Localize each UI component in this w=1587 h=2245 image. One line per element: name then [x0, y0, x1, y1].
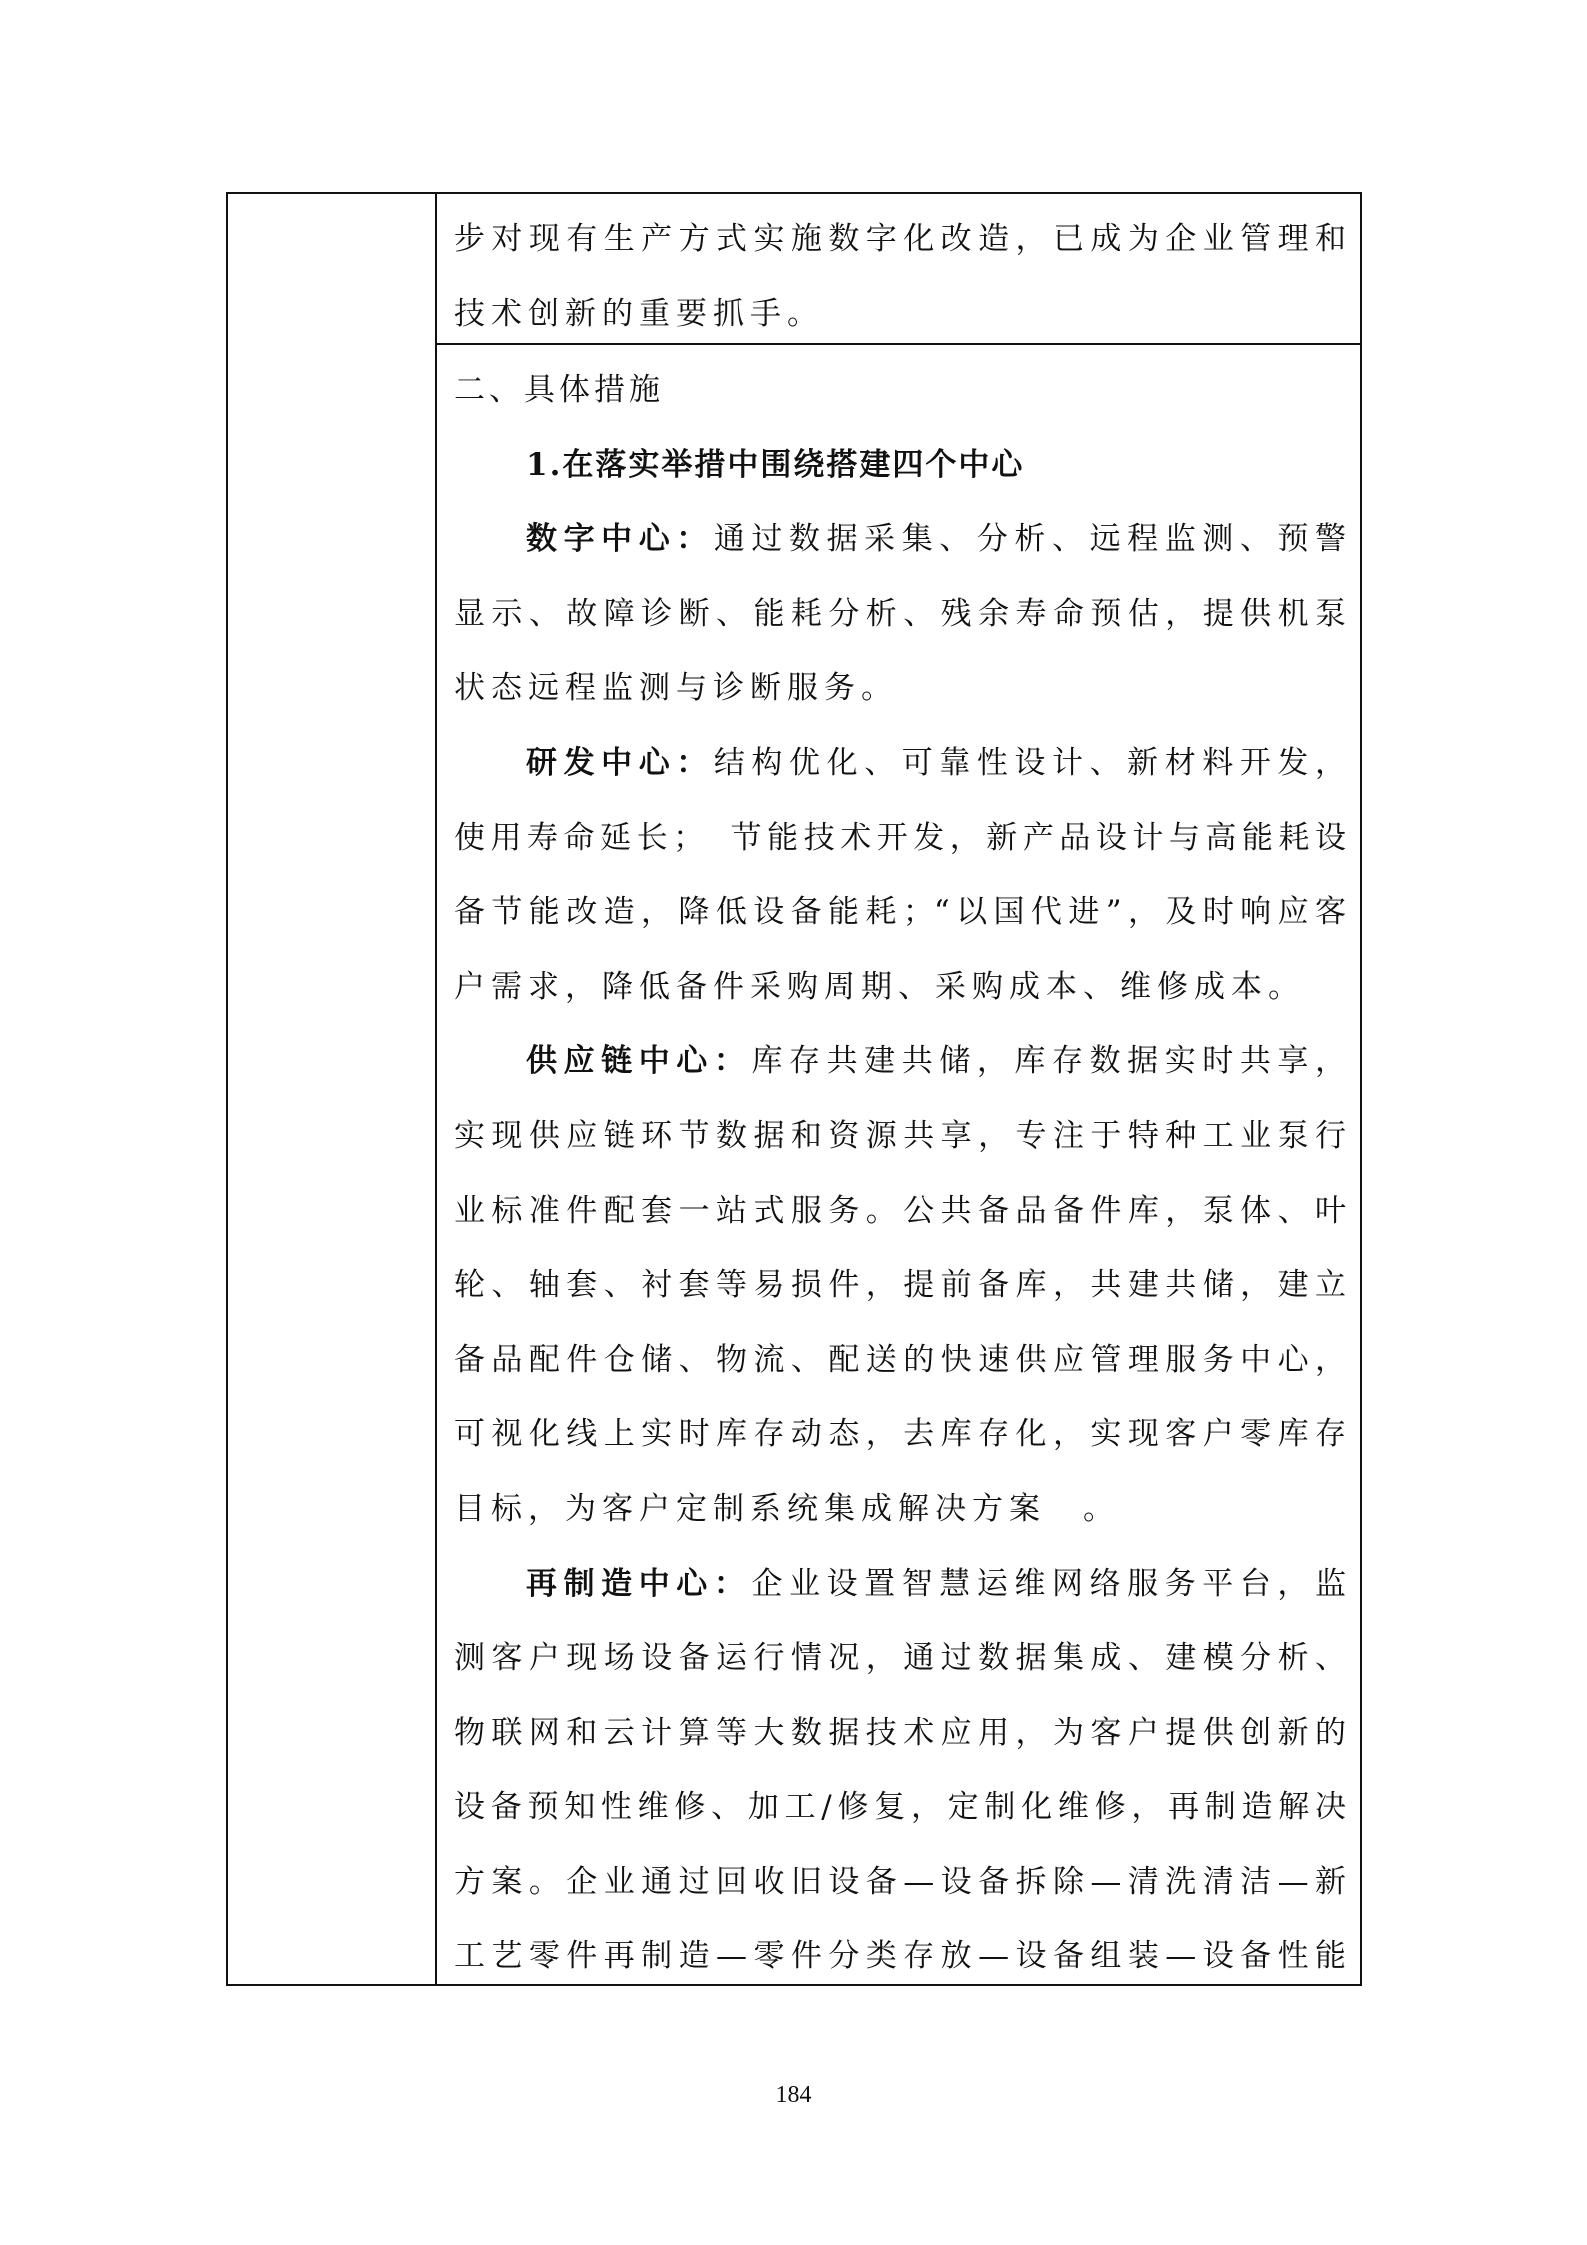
text-span: 企业设置智慧运维网络服务平台，监: [751, 1566, 1346, 1602]
text-line: 备品配件仓储、物流、配送的快速供应管理服务中心，: [454, 1323, 1346, 1398]
text-line: 设备预知性维修、加工/修复，定制化维修，再制造解决: [454, 1770, 1346, 1845]
paragraph-remanufacturing-center-first-line: 再制造中心：企业设置智慧运维网络服务平台，监: [454, 1547, 1346, 1622]
text-line: 技术创新的重要抓手。: [454, 277, 1346, 352]
text-line: 目标，为客户定制系统集成解决方案 。: [454, 1472, 1346, 1547]
label-remanufacturing-center: 再制造中心：: [526, 1566, 751, 1602]
text-line: 步对现有生产方式实施数字化改造，已成为企业管理和: [454, 202, 1346, 277]
table-cell-intro-continuation: 步对现有生产方式实施数字化改造，已成为企业管理和 技术创新的重要抓手。: [437, 194, 1360, 345]
table-cell-specific-measures: 二、具体措施 1.在落实举措中围绕搭建四个中心 数字中心：通过数据采集、分析、远…: [437, 345, 1360, 1984]
paragraph-rnd-center-first-line: 研发中心：结构优化、可靠性设计、新材料开发，: [454, 726, 1346, 801]
content-table: 步对现有生产方式实施数字化改造，已成为企业管理和 技术创新的重要抓手。 二、具体…: [226, 192, 1362, 1986]
text-span: 通过数据采集、分析、远程监测、预警: [714, 521, 1346, 557]
page-number: 184: [0, 2082, 1587, 2109]
text-line: 业标准件配套一站式服务。公共备品备件库，泵体、叶: [454, 1174, 1346, 1249]
text-span: 结构优化、可靠性设计、新材料开发，: [714, 745, 1346, 781]
text-line: 户需求，降低备件采购周期、采购成本、维修成本。: [454, 950, 1346, 1025]
text-line: 实现供应链环节数据和资源共享，专注于特种工业泵行: [454, 1099, 1346, 1174]
text-line: 可视化线上实时库存动态，去库存化，实现客户零库存: [454, 1397, 1346, 1472]
text-line: 状态远程监测与诊断服务。: [454, 651, 1346, 726]
table-left-column-cell: [228, 194, 437, 1984]
label-digital-center: 数字中心：: [526, 521, 714, 557]
text-line: 显示、故障诊断、能耗分析、残余寿命预估，提供机泵: [454, 577, 1346, 652]
text-line: 使用寿命延长； 节能技术开发，新产品设计与高能耗设: [454, 801, 1346, 876]
text-line: 工艺零件再制造—零件分类存放—设备组装—设备性能: [454, 1919, 1346, 1994]
paragraph-supply-chain-center-first-line: 供应链中心：库存共建共储，库存数据实时共享，: [454, 1024, 1346, 1099]
section-heading: 二、具体措施: [454, 353, 1346, 428]
label-supply-chain-center: 供应链中心：: [526, 1043, 751, 1079]
text-span: 库存共建共储，库存数据实时共享，: [751, 1043, 1346, 1079]
text-line: 备节能改造，降低设备能耗；“以国代进”，及时响应客: [454, 875, 1346, 950]
text-line: 方案。企业通过回收旧设备—设备拆除—清洗清洁—新: [454, 1845, 1346, 1920]
text-line: 物联网和云计算等大数据技术应用，为客户提供创新的: [454, 1696, 1346, 1771]
subsection-heading: 1.在落实举措中围绕搭建四个中心: [454, 428, 1346, 503]
document-page: 步对现有生产方式实施数字化改造，已成为企业管理和 技术创新的重要抓手。 二、具体…: [0, 0, 1587, 2245]
label-rnd-center: 研发中心：: [526, 745, 714, 781]
text-line: 测客户现场设备运行情况，通过数据集成、建模分析、: [454, 1621, 1346, 1696]
text-line: 轮、轴套、衬套等易损件，提前备库，共建共储，建立: [454, 1248, 1346, 1323]
paragraph-digital-center-first-line: 数字中心：通过数据采集、分析、远程监测、预警: [454, 502, 1346, 577]
